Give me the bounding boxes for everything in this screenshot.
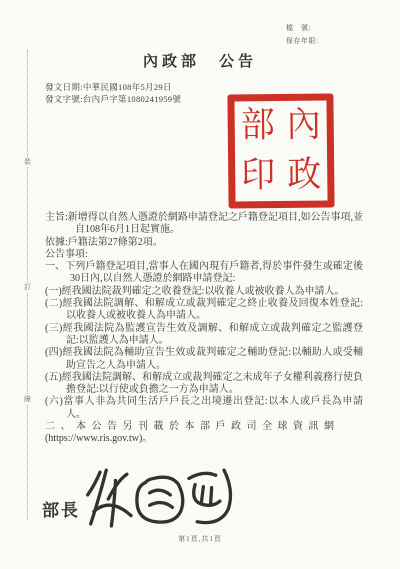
subitem-3: (三)經我國法院為監護宣告生效及調解、和解成立或裁判確定之監護登記:以監護人為申…: [45, 323, 363, 348]
seal-char-bu: 部: [234, 100, 281, 153]
subitem-3-number: (三): [45, 323, 62, 334]
file-number-label: 檔 號:: [286, 22, 318, 35]
subitem-6: (六)當事人非為共同生活戶戶長之出境遷出登記:以本人或戶長為申請人。: [45, 396, 363, 421]
item-1-number: 一、: [45, 261, 65, 272]
basis-paragraph: 依據:戶籍法第27條第2項。: [45, 237, 363, 249]
subitem-4-number: (四): [45, 347, 62, 358]
subitem-6-number: (六): [45, 396, 63, 407]
subitem-1-number: (一): [45, 286, 62, 297]
subitem-1: (一)經我國法院裁判確定之收養登記:以收養人或被收養人為申請人。: [45, 286, 363, 298]
binding-mark-ding: 訂: [20, 283, 35, 292]
page-footer: 第1頁,共1頁: [0, 534, 400, 544]
document-title: 內政部 公告: [0, 50, 400, 71]
basis-label: 依據:: [45, 237, 68, 248]
basis-text: 戶籍法第27條第2項。: [68, 237, 163, 248]
subitem-4-text: 經我國法院為輔助宣告生效或裁判確定之輔助登記:以輔助人或受輔助宣告之人為申請人。: [62, 347, 363, 370]
subitem-5: (五)經我國法院調解、和解成立或裁判確定之未成年子女權利義務行使負擔登記:以行使…: [45, 372, 363, 397]
binding-mark-zhuang: 裝: [20, 158, 35, 167]
subitem-6-text: 當事人非為共同生活戶戶長之出境遷出登記:以本人或戶長為申請人。: [63, 396, 363, 419]
subject-paragraph: 主旨:新增得以自然人憑證於網路申請登記之戶籍登記項目,如公告事項,並自108年6…: [45, 212, 363, 237]
minister-title: 部長: [42, 496, 80, 528]
archive-labels: 檔 號: 保存年限:: [286, 22, 318, 48]
signature-block: 部長: [42, 466, 240, 528]
binding-mark-xian: 線: [20, 395, 35, 404]
subitem-2-number: (二): [45, 298, 62, 309]
subject-text: 新增得以自然人憑證於網路申請登記之戶籍登記項目,如公告事項,並自108年6月1日…: [68, 212, 363, 235]
issue-date-line: 發文日期:中華民國108年5月29日: [45, 82, 181, 94]
item-1-text: 下列戶籍登記項目,當事人在國內現有戶籍者,得於事件發生或確定後30日內,以自然人…: [65, 261, 363, 284]
subject-label: 主旨:: [45, 212, 68, 223]
seal-char-yin: 印: [235, 150, 282, 203]
document-meta: 發文日期:中華民國108年5月29日 發文字號:台內戶字第1080241959號: [45, 82, 181, 105]
official-announcement-document: 裝 訂 線 檔 號: 保存年限: 內政部 公告 發文日期:中華民國108年5月2…: [0, 0, 400, 569]
subitem-2: (二)經我國法院調解、和解成立或裁判確定之終止收養及回復本姓登記:以收養人或被收…: [45, 298, 363, 323]
subitem-5-text: 經我國法院調解、和解成立或裁判確定之未成年子女權利義務行使負擔登記:以行使或負擔…: [62, 372, 363, 395]
item-2-line1: 二、本公告另刊載於本部戶政司全球資訊網: [45, 421, 363, 433]
item-2-line2: (https://www.ris.gov.tw)。: [45, 433, 363, 445]
item-1-paragraph: 一、下列戶籍登記項目,當事人在國內現有戶籍者,得於事件發生或確定後30日內,以自…: [45, 261, 363, 286]
seal-char-nei: 內: [280, 99, 327, 152]
subitem-1-text: 經我國法院裁判確定之收養登記:以收養人或被收養人為申請人。: [62, 286, 345, 297]
minister-signature: [82, 466, 240, 528]
fold-mark: +: [346, 259, 351, 269]
subitem-5-number: (五): [45, 372, 62, 383]
ministry-seal: 部 內 印 政: [227, 93, 334, 208]
section-header: 公告事項:: [45, 249, 363, 261]
subitem-4: (四)經我國法院為輔助宣告生效或裁判確定之輔助登記:以輔助人或受輔助宣告之人為申…: [45, 347, 363, 372]
seal-char-zheng: 政: [281, 149, 328, 202]
announcement-body: 主旨:新增得以自然人憑證於網路申請登記之戶籍登記項目,如公告事項,並自108年6…: [45, 212, 363, 446]
retention-period-label: 保存年限:: [286, 35, 318, 48]
doc-number-line: 發文字號:台內戶字第1080241959號: [45, 94, 181, 106]
subitem-2-text: 經我國法院調解、和解成立或裁判確定之終止收養及回復本姓登記:以收養人或被收養人為…: [62, 298, 363, 321]
subitem-3-text: 經我國法院為監護宣告生效及調解、和解成立或裁判確定之監護登記:以監護人為申請人。: [62, 323, 363, 346]
